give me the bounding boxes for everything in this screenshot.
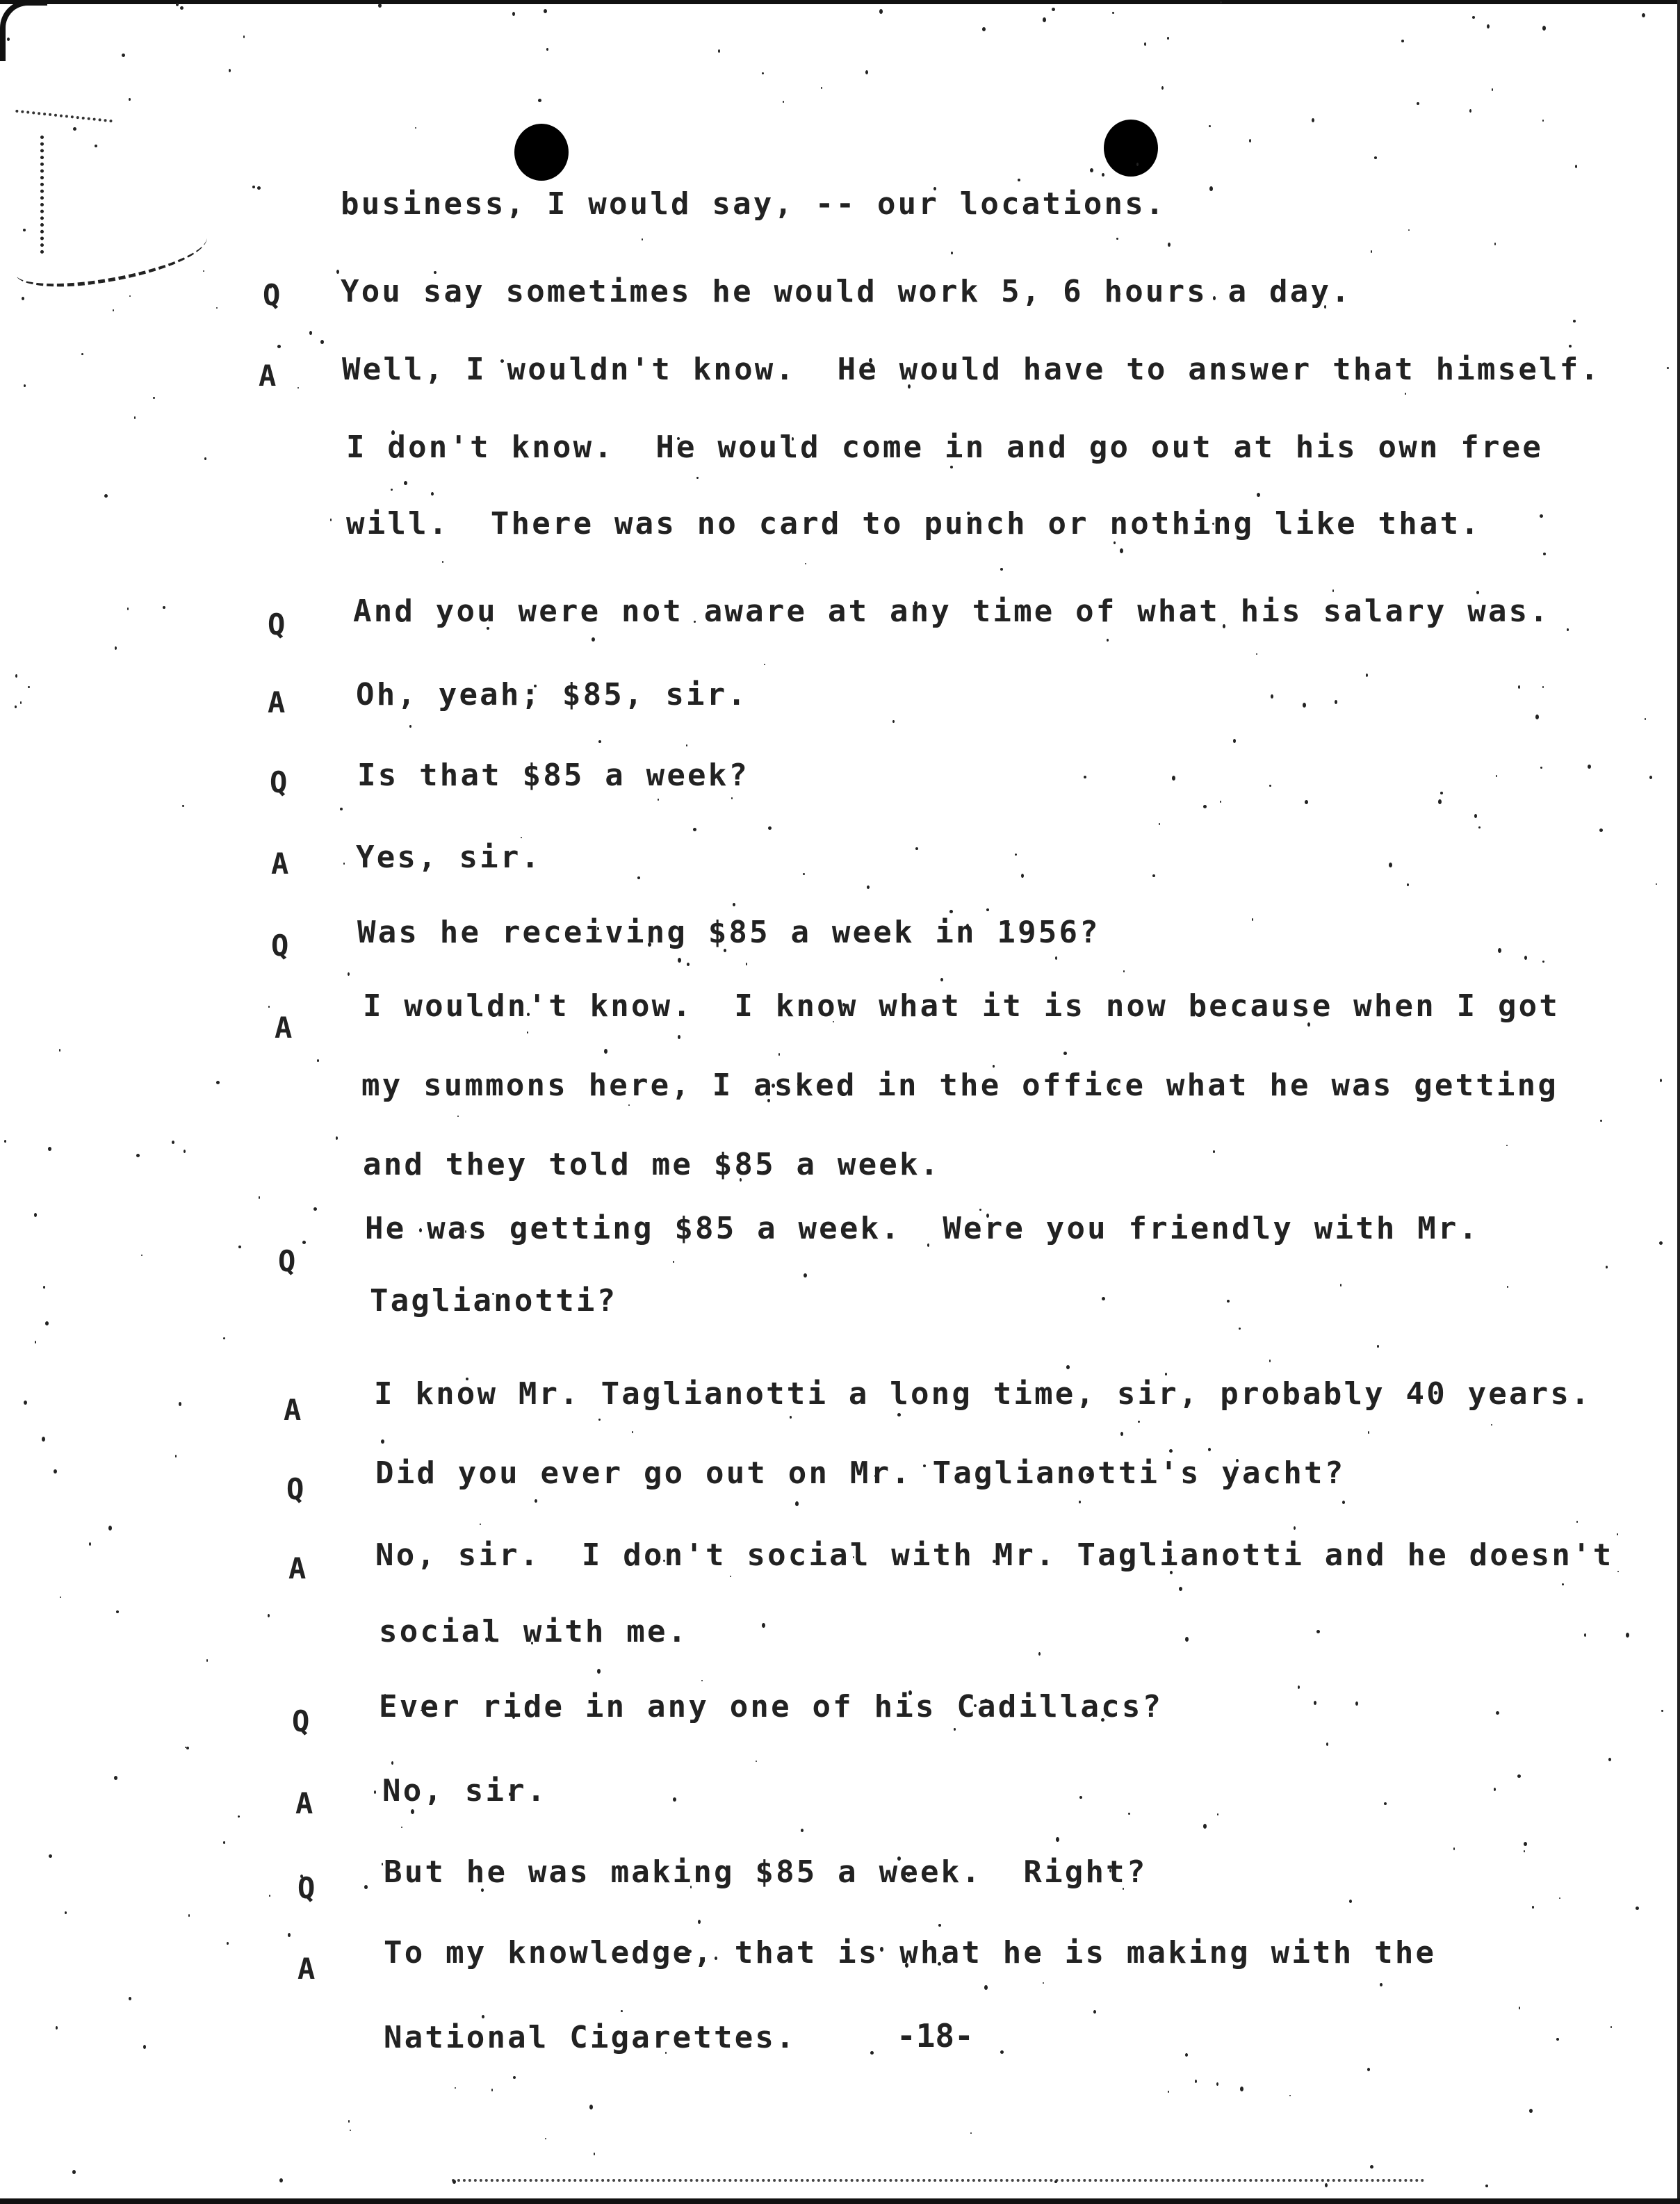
transcript-line: I know Mr. Taglianotti a long time, sir,… xyxy=(374,1379,1592,1410)
transcript-line: No, sir. xyxy=(382,1776,548,1806)
transcript-line: will. There was no card to punch or noth… xyxy=(346,509,1481,539)
transcript-line: Well, I wouldn't know. He would have to … xyxy=(342,354,1601,385)
speaker-label: Q xyxy=(292,1707,309,1736)
speaker-label: A xyxy=(284,1396,301,1425)
transcript-line: business, I would say, -- our locations. xyxy=(341,189,1166,220)
page-corner xyxy=(0,0,47,61)
transcript-line: and they told me $85 a week. xyxy=(363,1150,940,1180)
margin-annotation-mark xyxy=(40,136,44,254)
transcript-line: You say sometimes he would work 5, 6 hou… xyxy=(341,277,1352,307)
speaker-label: Q xyxy=(271,931,288,961)
page-top-edge xyxy=(0,0,1680,4)
transcript-line: Taglianotti? xyxy=(370,1286,617,1316)
transcript-line: Is that $85 a week? xyxy=(357,760,749,791)
speaker-label: Q xyxy=(286,1475,304,1504)
speaker-label: A xyxy=(268,688,285,717)
page-number: -18- xyxy=(897,2020,974,2052)
punch-hole-icon xyxy=(1104,120,1158,177)
transcript-line: No, sir. I don't social with Mr. Taglian… xyxy=(375,1540,1613,1571)
speaker-label: A xyxy=(295,1789,313,1818)
speaker-label: Q xyxy=(263,281,280,310)
transcript-line: I wouldn't know. I know what it is now b… xyxy=(363,991,1560,1022)
transcript-line: I don't know. He would come in and go ou… xyxy=(346,432,1543,463)
transcript-line: But he was making $85 a week. Right? xyxy=(384,1857,1148,1888)
speaker-label: A xyxy=(297,1954,315,1984)
speaker-label: A xyxy=(271,849,288,879)
scan-artifact xyxy=(452,2179,1425,2182)
speaker-label: A xyxy=(259,361,276,391)
transcript-line: Yes, sir. xyxy=(356,842,541,873)
page-bottom-edge xyxy=(0,2198,1680,2204)
speaker-label: Q xyxy=(278,1247,295,1276)
speaker-label: Q xyxy=(268,610,285,639)
document-page: business, I would say, -- our locations.… xyxy=(0,0,1680,2204)
punch-hole-icon xyxy=(514,124,569,181)
transcript-line: He was getting $85 a week. Were you frie… xyxy=(365,1214,1479,1244)
transcript-line: Did you ever go out on Mr. Taglianotti's… xyxy=(375,1458,1345,1489)
transcript-line: Ever ride in any one of his Cadillacs? xyxy=(379,1692,1163,1722)
speaker-label: A xyxy=(275,1013,292,1043)
speaker-label: Q xyxy=(297,1874,315,1903)
margin-annotation-mark xyxy=(15,110,113,123)
transcript-line: my summons here, I asked in the office w… xyxy=(361,1070,1558,1101)
transcript-line: To my knowledge, that is what he is maki… xyxy=(384,1938,1436,1968)
transcript-line: Oh, yeah; $85, sir. xyxy=(356,680,748,710)
speaker-label: A xyxy=(288,1554,306,1583)
page-right-edge xyxy=(1677,0,1680,2204)
transcript-line: Was he receiving $85 a week in 1956? xyxy=(357,917,1100,948)
speaker-label: Q xyxy=(270,768,287,797)
transcript-line: And you were not aware at any time of wh… xyxy=(353,596,1550,627)
transcript-line: social with me. xyxy=(379,1617,688,1647)
transcript-line: National Cigarettes. xyxy=(384,2023,797,2053)
